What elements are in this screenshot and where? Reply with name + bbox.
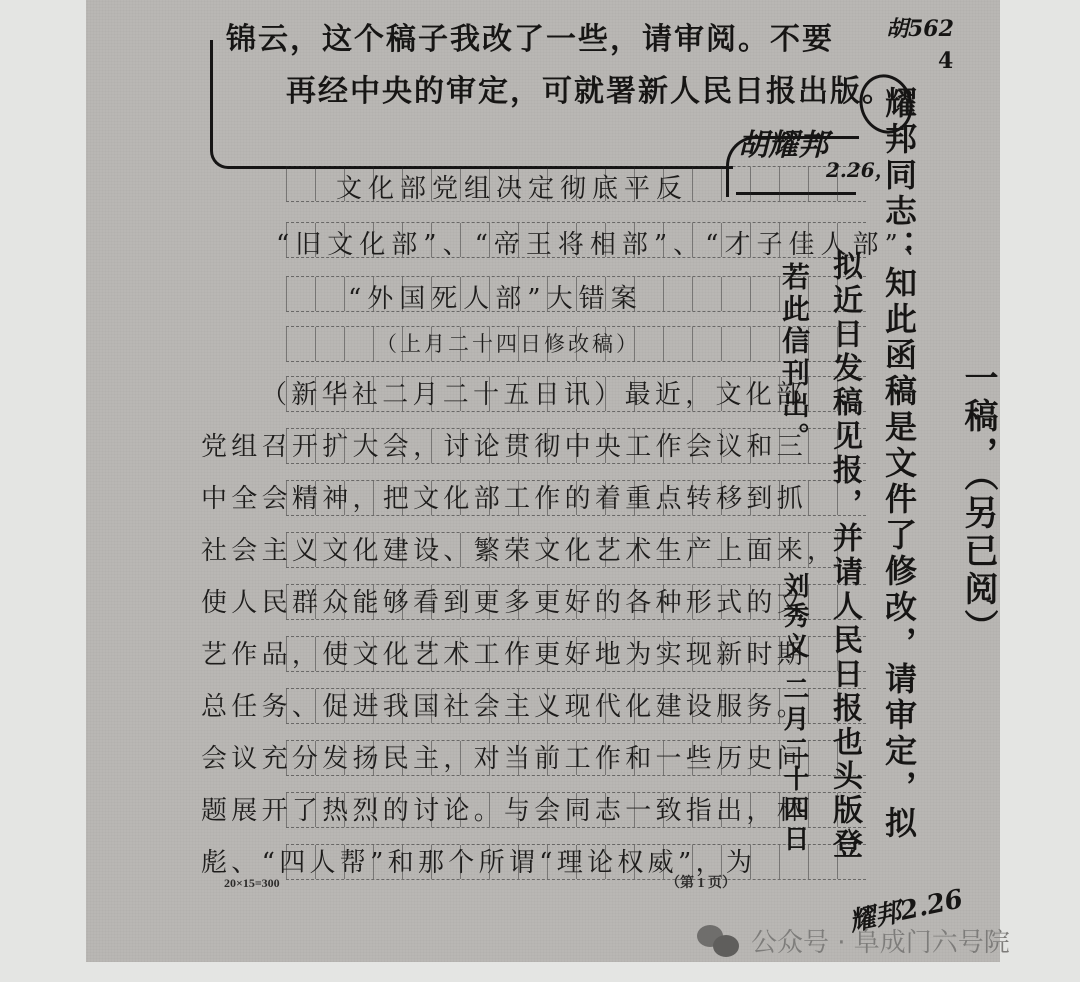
wechat-icon xyxy=(697,925,741,957)
margin-note-e: 一稿，（另已阅） xyxy=(954,360,1003,647)
margin-note-a: 若此信刊出。 xyxy=(774,262,814,454)
headline-line1: 文化部党组决定彻底平反 xyxy=(336,168,688,205)
headline-line4: （上月二十四日修改稿） xyxy=(376,328,640,358)
archive-sub-number: 4 xyxy=(938,48,953,74)
body-line: 艺作品，使文化艺术工作更好地为实现新时期 xyxy=(201,638,781,672)
body-line: 题展开了热烈的讨论。与会同志一致指出，林 xyxy=(201,794,781,828)
body-line: 党组召开扩大会，讨论贯彻中央工作会议和三 xyxy=(201,430,781,464)
body-line: 会议充分发扬民主，对当前工作和一些历史问 xyxy=(201,742,781,776)
watermark: 公众号 · 阜成门六号院 xyxy=(697,922,1010,959)
archive-number: 胡562 xyxy=(886,12,954,43)
headline-line3: “外国死人部”大错案 xyxy=(348,278,643,315)
annotation-bracket-line xyxy=(210,40,733,169)
top-signature: 胡耀邦 xyxy=(738,120,828,164)
margin-note-d: 耀邦同志：知此函稿是文件了修改，请审定，拟 xyxy=(876,86,922,842)
grid-footer: 20×15=300 xyxy=(224,876,280,891)
watermark-text: 公众号 · 阜成门六号院 xyxy=(751,922,1010,959)
body-line: 使人民群众能够看到更多更好的各种形式的文 xyxy=(201,586,781,620)
body-line: 社会主义文化建设、繁荣文化艺术生产上面来， xyxy=(201,534,781,568)
body-line: 总任务、促进我国社会主义现代化建设服务。 xyxy=(201,690,781,724)
manuscript-paper: 锦云，这个稿子我改了一些，请审阅。不要 再经中央的审定，可就署新人民日报出版。 … xyxy=(86,0,1000,962)
page-indicator: （第 1 页） xyxy=(666,872,736,892)
body-line: （新华社二月二十五日讯）最近，文化部 xyxy=(261,378,841,412)
margin-note-b: 拟近日发稿见报，并请人民日报也头版登 xyxy=(822,250,866,862)
body-line: 中全会精神，把文化部工作的着重点转移到抓 xyxy=(201,482,781,516)
margin-note-c: 刘秀义 二月二十四日 xyxy=(776,572,813,855)
